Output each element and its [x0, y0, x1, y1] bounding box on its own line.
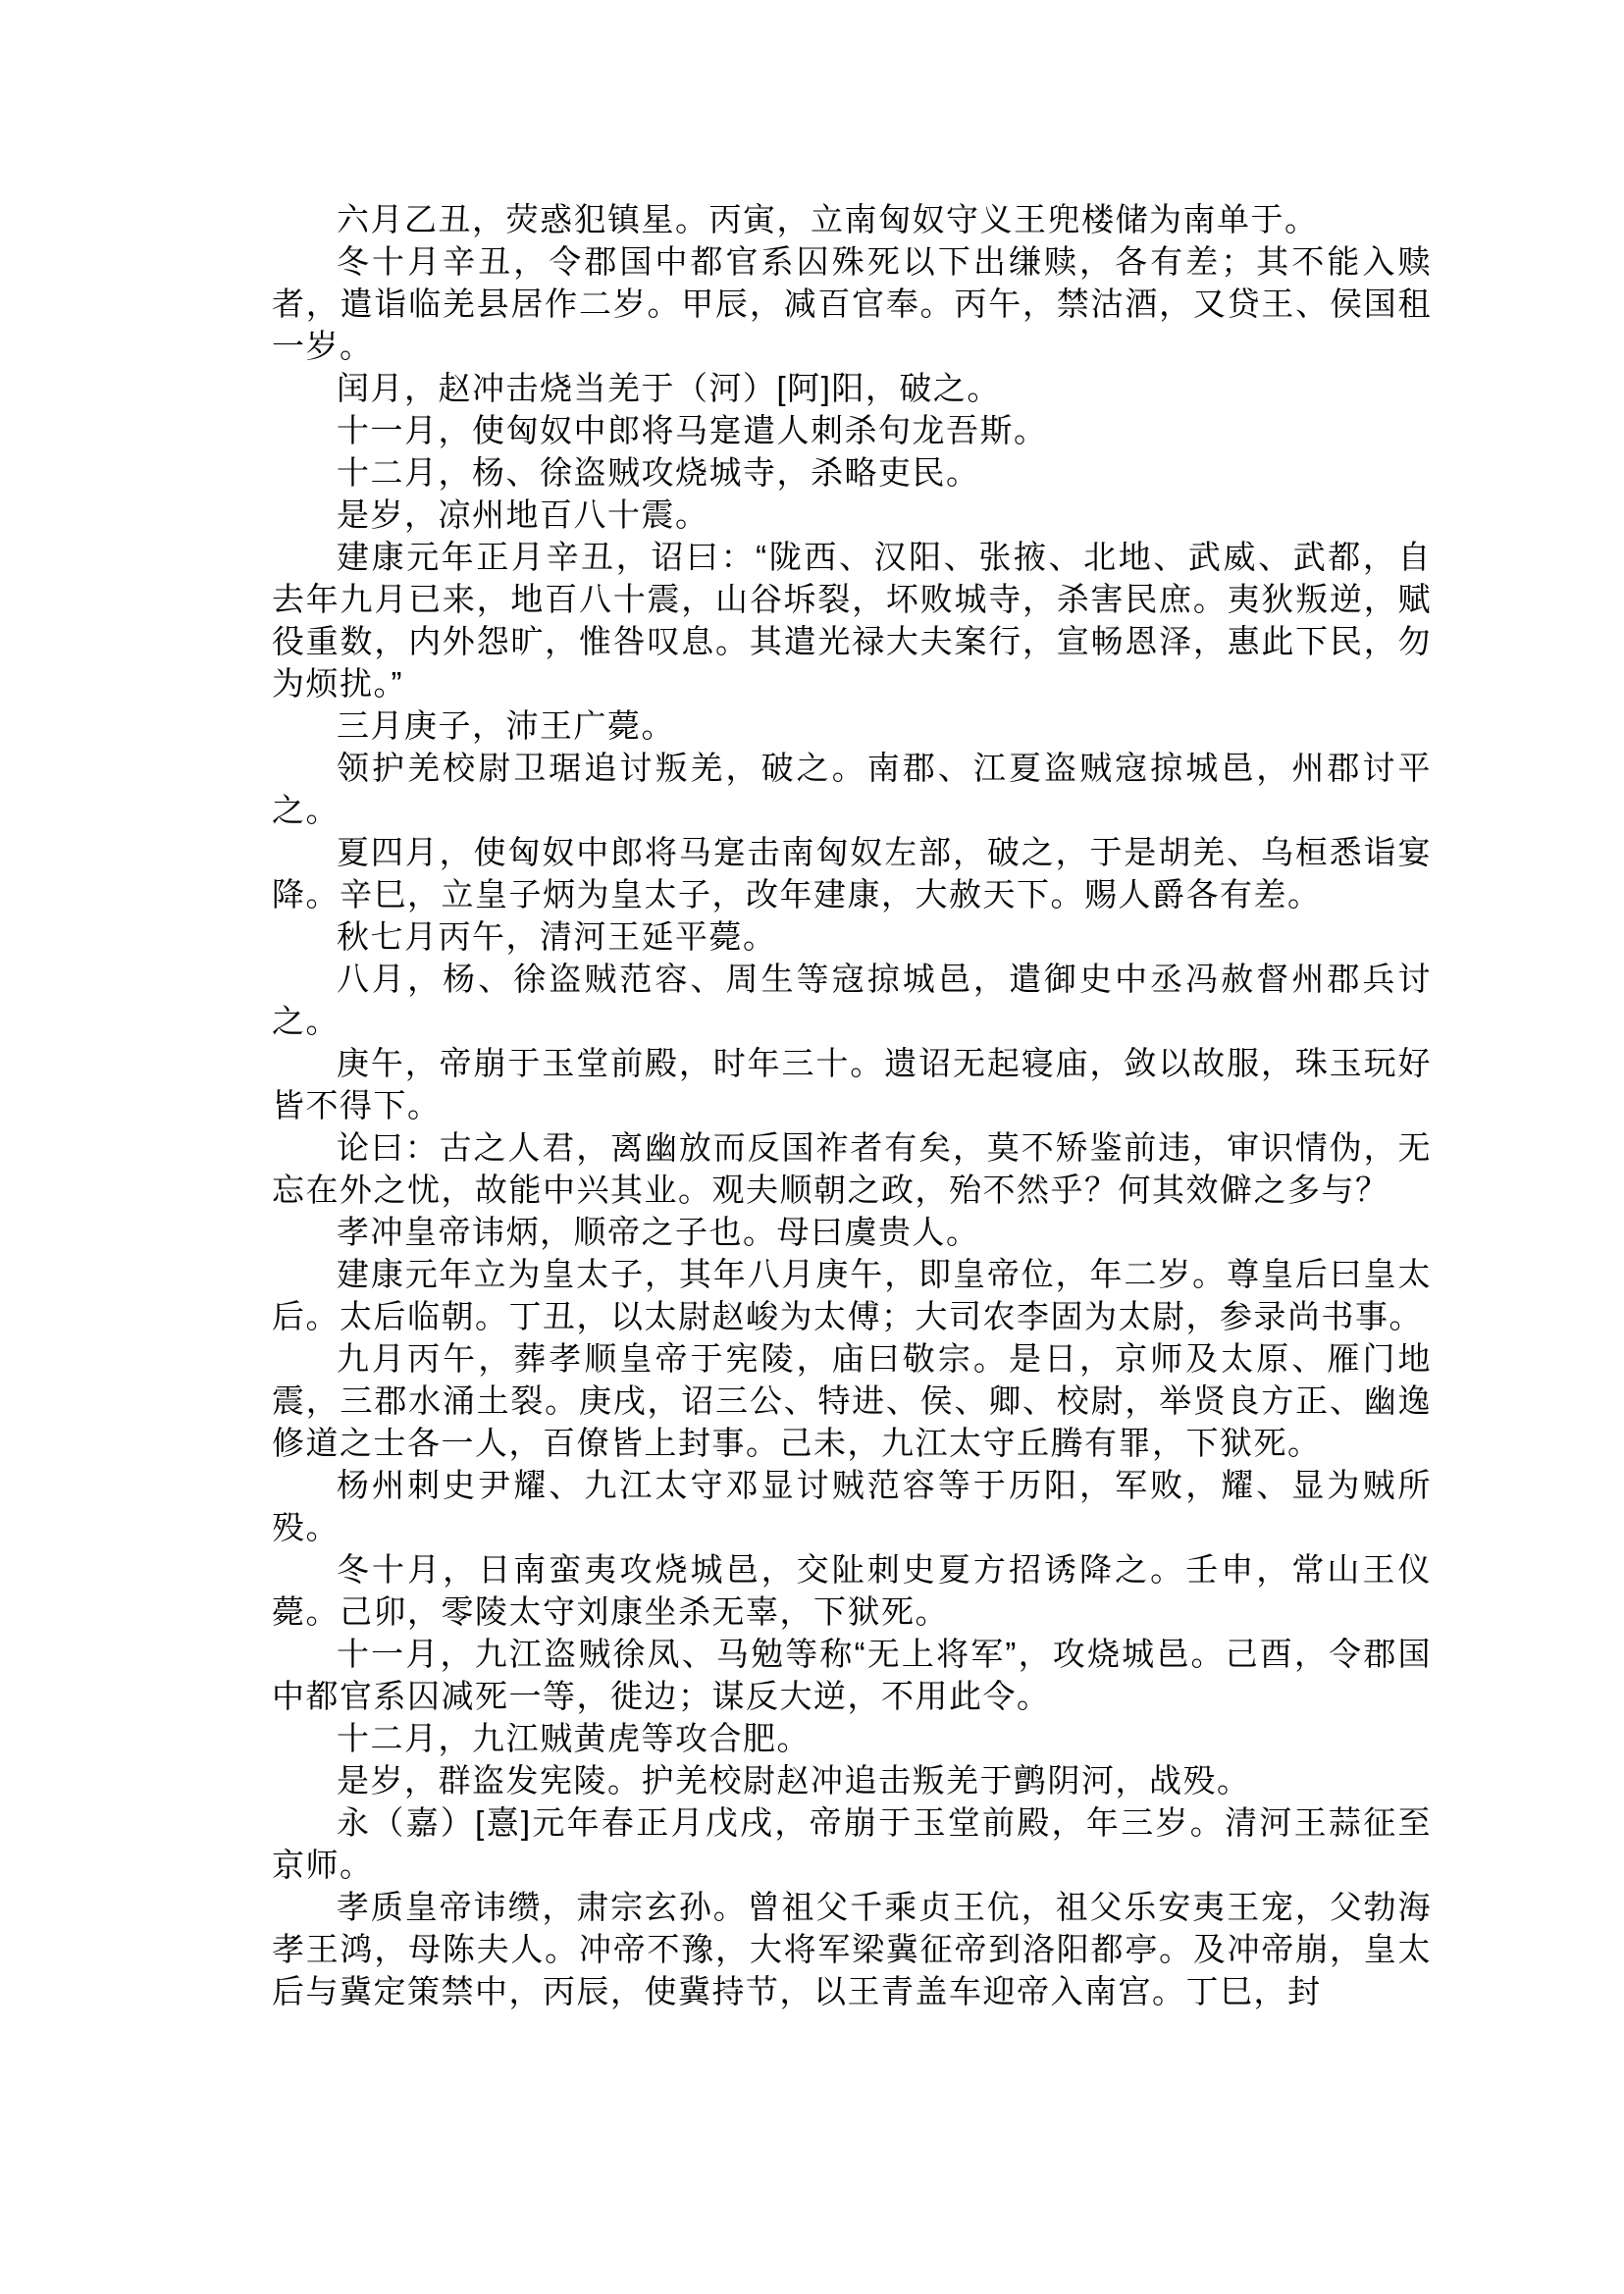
paragraph: 论曰：古之人君，离幽放而反国祚者有矣，莫不矫鉴前违，审识情伪，无忘在外之忧，故能…: [272, 1126, 1432, 1211]
paragraph: 十一月，使匈奴中郎将马寔遣人刺杀句龙吾斯。: [272, 409, 1432, 451]
paragraph: 十二月，九江贼黄虎等攻合肥。: [272, 1717, 1432, 1759]
paragraph: 杨州刺史尹耀、九江太守邓显讨贼范容等于历阳，军败，耀、显为贼所殁。: [272, 1464, 1432, 1548]
paragraph: 孝冲皇帝讳炳，顺帝之子也。母曰虞贵人。: [272, 1211, 1432, 1253]
paragraph: 是岁，群盗发宪陵。护羌校尉赵冲追击叛羌于鹯阴河，战殁。: [272, 1759, 1432, 1801]
paragraph: 庚午，帝崩于玉堂前殿，时年三十。遗诏无起寝庙，敛以故服，珠玉玩好皆不得下。: [272, 1042, 1432, 1126]
paragraph: 十一月，九江盗贼徐凤、马勉等称“无上将军”，攻烧城邑。己酉，令郡国中都官系囚减死…: [272, 1633, 1432, 1717]
document-page: 六月乙丑，荧惑犯镇星。丙寅，立南匈奴守义王兜楼储为南单于。 冬十月辛丑，令郡国中…: [0, 0, 1624, 2294]
paragraph: 三月庚子，沛王广薨。: [272, 704, 1432, 747]
paragraph: 秋七月丙午，清河王延平薨。: [272, 915, 1432, 958]
paragraph: 冬十月辛丑，令郡国中都官系囚殊死以下出缣赎，各有差；其不能入赎者，遣诣临羌县居作…: [272, 240, 1432, 367]
paragraph: 六月乙丑，荧惑犯镇星。丙寅，立南匈奴守义王兜楼储为南单于。: [272, 198, 1432, 240]
paragraph: 夏四月，使匈奴中郎将马寔击南匈奴左部，破之，于是胡羌、乌桓悉诣宴降。辛巳，立皇子…: [272, 831, 1432, 915]
paragraph: 闰月，赵冲击烧当羌于（河）[阿]阳，破之。: [272, 367, 1432, 409]
paragraph: 建康元年正月辛丑，诏曰：“陇西、汉阳、张掖、北地、武威、武都，自去年九月已来，地…: [272, 536, 1432, 704]
paragraph: 建康元年立为皇太子，其年八月庚午，即皇帝位，年二岁。尊皇后曰皇太后。太后临朝。丁…: [272, 1253, 1432, 1337]
paragraph: 八月，杨、徐盗贼范容、周生等寇掠城邑，遣御史中丞冯赦督州郡兵讨之。: [272, 958, 1432, 1042]
paragraph: 永（嘉）[憙]元年春正月戊戌，帝崩于玉堂前殿，年三岁。清河王蒜征至京师。: [272, 1801, 1432, 1886]
text-column: 六月乙丑，荧惑犯镇星。丙寅，立南匈奴守义王兜楼储为南单于。 冬十月辛丑，令郡国中…: [272, 198, 1432, 2012]
paragraph: 冬十月，日南蛮夷攻烧城邑，交阯刺史夏方招诱降之。壬申，常山王仪薨。己卯，零陵太守…: [272, 1548, 1432, 1633]
paragraph: 孝质皇帝讳缵，肃宗玄孙。曾祖父千乘贞王伉，祖父乐安夷王宠，父勃海孝王鸿，母陈夫人…: [272, 1886, 1432, 2012]
paragraph: 领护羌校尉卫琚追讨叛羌，破之。南郡、江夏盗贼寇掠城邑，州郡讨平之。: [272, 747, 1432, 831]
paragraph: 十二月，杨、徐盗贼攻烧城寺，杀略吏民。: [272, 451, 1432, 494]
paragraph: 是岁，凉州地百八十震。: [272, 494, 1432, 536]
paragraph: 九月丙午，葬孝顺皇帝于宪陵，庙曰敬宗。是日，京师及太原、雁门地震，三郡水涌土裂。…: [272, 1337, 1432, 1464]
